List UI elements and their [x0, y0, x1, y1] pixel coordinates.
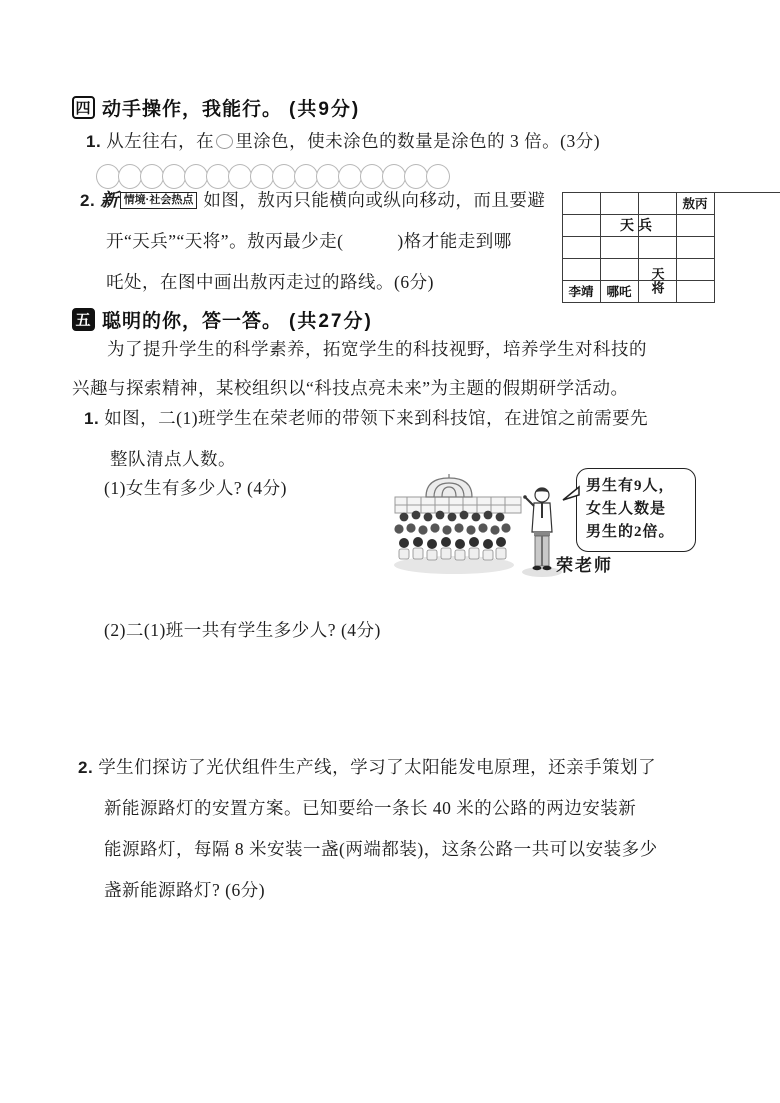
maze-grid-cell[interactable] — [677, 259, 715, 281]
teacher-name-label: 荣老师 — [556, 551, 613, 576]
s5-intro-line1: 为了提升学生的科学素养，拓宽学生的科技视野，培养学生对科技的 — [72, 330, 722, 369]
s4-q1-text-after: 里涂色，使未涂色的数量是涂色的 3 倍。(3分) — [235, 131, 600, 151]
maze-label-tianbing: 天兵 — [600, 214, 676, 236]
maze-grid-cell[interactable] — [563, 237, 601, 259]
s5-q1-sub1: (1)女生有多少人? (4分) — [104, 468, 287, 509]
s4-q2-line1-text: 如图，敖丙只能横向或纵向移动，而且要避 — [203, 190, 545, 210]
teacher-speech-bubble: 男生有9人， 女生人数是 男生的2倍。 — [576, 468, 696, 552]
s5-q2-line3: 能源路灯，每隔 8 米安装一盏(两端都装)，这条公路一共可以安装多少 — [78, 829, 730, 870]
section4-title: 动手操作，我能行。 — [102, 94, 282, 121]
s4-q2-number: 2. — [80, 191, 95, 210]
maze-grid-cell[interactable] — [677, 215, 715, 237]
section5-header: 五 聪明的你，答一答。 (共27分) — [72, 306, 373, 333]
s5-q1-line1: 1.如图，二(1)班学生在荣老师的带领下来到科技馆，在进馆之前需要先 — [84, 398, 729, 439]
students-crowd — [394, 511, 510, 560]
s5-q1-number: 1. — [84, 409, 99, 428]
maze-grid-cell[interactable] — [563, 259, 601, 281]
section4-marker: 四 — [72, 96, 95, 119]
maze-grid-cell[interactable] — [563, 215, 601, 237]
s4-q2-line2: 开“天兵”“天将”。敖丙最少走( )格才能走到哪 — [80, 221, 572, 262]
bubble-line2: 女生人数是 — [586, 498, 687, 521]
s5-q2-line1-text: 学生们探访了光伏组件生产线，学习了太阳能发电原理，还亲手策划了 — [98, 757, 656, 777]
maze-grid: 敖丙 天兵 天将 李靖 哪吒 — [562, 192, 780, 303]
s5-q2-text: 2.学生们探访了光伏组件生产线，学习了太阳能发电原理，还亲手策划了 新能源路灯的… — [78, 747, 730, 911]
s4-q1-text: 1.从左往右，在里涂色，使未涂色的数量是涂色的 3 倍。(3分) — [86, 124, 600, 159]
s4-q2-line1: 2.新情境·社会热点如图，敖丙只能横向或纵向移动，而且要避 — [80, 180, 572, 221]
maze-grid-cell[interactable] — [601, 193, 639, 215]
worksheet-page: 四 动手操作，我能行。 (共9分) 1.从左往右，在里涂色，使未涂色的数量是涂色… — [0, 0, 780, 1103]
s5-q1-line1-text: 如图，二(1)班学生在荣老师的带领下来到科技馆，在进馆之前需要先 — [104, 408, 648, 428]
s4-q2-text: 2.新情境·社会热点如图，敖丙只能横向或纵向移动，而且要避 开“天兵”“天将”。… — [80, 180, 572, 303]
section5-marker: 五 — [72, 308, 95, 331]
s5-q2-line2: 新能源路灯的安置方案。已知要给一条长 40 米的公路的两边安装新 — [78, 788, 730, 829]
bubble-line1: 男生有9人， — [586, 475, 687, 498]
maze-grid-cell[interactable] — [677, 281, 715, 303]
s5-q2-number: 2. — [78, 758, 93, 777]
section5-title: 聪明的你，答一答。 — [102, 306, 282, 333]
maze-grid-cell[interactable] — [639, 193, 677, 215]
section4-points: (共9分) — [289, 94, 360, 121]
maze-label-aobing: 敖丙 — [676, 192, 714, 214]
museum-building — [395, 497, 521, 513]
new-context-badge: 新 — [100, 190, 119, 210]
s5-q1-text: 1.如图，二(1)班学生在荣老师的带领下来到科技馆，在进馆之前需要先 整队清点人… — [84, 398, 729, 479]
section5-points: (共27分) — [289, 306, 373, 333]
s4-q1-number: 1. — [86, 132, 101, 151]
museum-dome — [426, 474, 472, 497]
maze-grid-cell[interactable] — [677, 237, 715, 259]
social-hotspot-badge: 情境·社会热点 — [120, 192, 198, 209]
maze-grid-cell[interactable] — [639, 237, 677, 259]
s5-q2-line1: 2.学生们探访了光伏组件生产线，学习了太阳能发电原理，还亲手策划了 — [78, 747, 730, 788]
bubble-line3: 男生的2倍。 — [586, 521, 687, 544]
speech-bubble-tail-icon — [562, 485, 580, 503]
maze-grid-cell[interactable] — [601, 237, 639, 259]
blank-circle-icon — [216, 134, 233, 149]
maze-label-tianjiang: 天将 — [638, 259, 676, 302]
teacher-figure — [523, 488, 552, 570]
s5-intro: 为了提升学生的科学素养，拓宽学生的科技视野，培养学生对科技的 兴趣与探索精神，某… — [72, 330, 722, 408]
s5-q1-sub2: (2)二(1)班一共有学生多少人? (4分) — [104, 610, 381, 651]
s5-q2-line4: 盏新能源路灯? (6分) — [78, 870, 730, 911]
maze-grid-cell[interactable] — [601, 259, 639, 281]
maze-grid-cell[interactable] — [563, 193, 601, 215]
maze-label-nezha: 哪吒 — [600, 280, 638, 302]
s4-q2-line3: 吒处，在图中画出敖丙走过的路线。(6分) — [80, 262, 572, 303]
science-museum-illustration — [392, 470, 578, 588]
section4-header: 四 动手操作，我能行。 (共9分) — [72, 94, 360, 121]
maze-label-lijing: 李靖 — [562, 280, 600, 302]
s4-q1-text-before: 从左往右，在 — [106, 131, 214, 151]
